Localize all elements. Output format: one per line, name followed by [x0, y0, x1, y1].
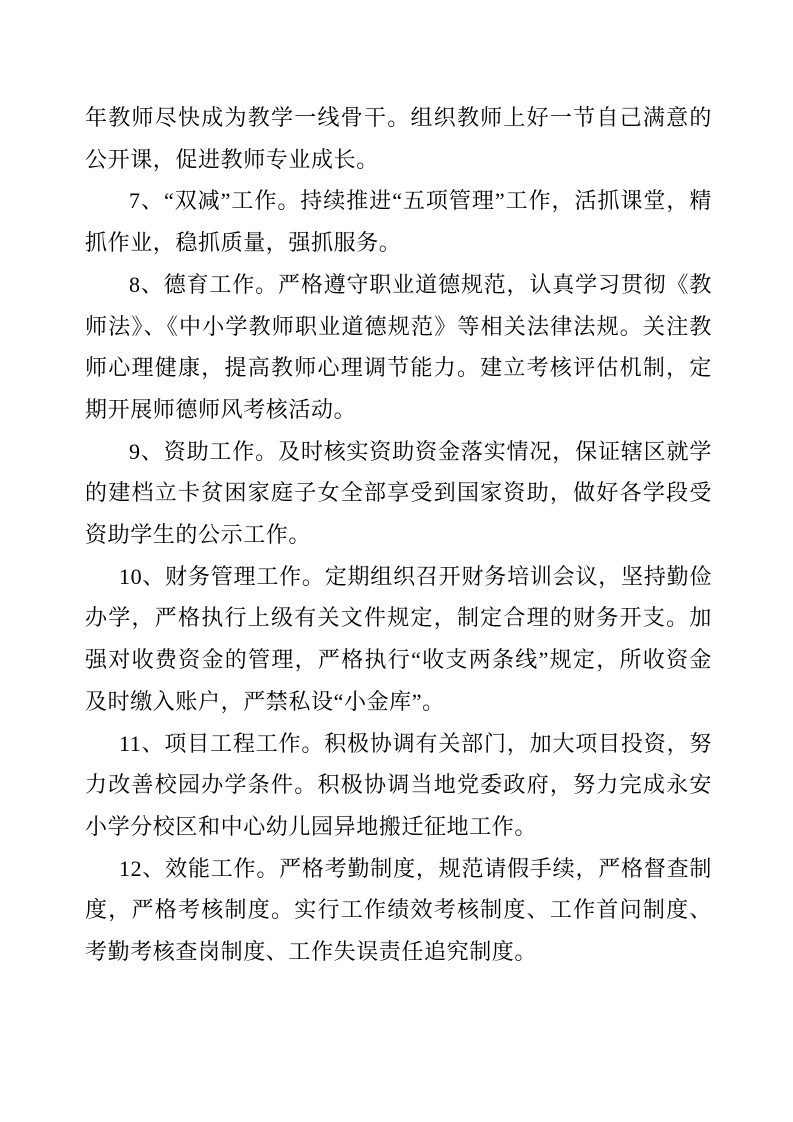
paragraph-item-9: 9、资助工作。及时核实资助资金落实情况，保证辖区就学的建档立卡贫困家庭子女全部享…	[85, 431, 712, 556]
document-page: 年教师尽快成为教学一线骨干。组织教师上好一节自己满意的公开课，促进教师专业成长。…	[0, 0, 793, 1122]
paragraph-item-7: 7、“双减”工作。持续推进“五项管理”工作，活抓课堂，精抓作业，稳抓质量，强抓服…	[85, 180, 712, 263]
paragraph-continuation: 年教师尽快成为教学一线骨干。组织教师上好一节自己满意的公开课，促进教师专业成长。	[85, 97, 712, 180]
document-body: 年教师尽快成为教学一线骨干。组织教师上好一节自己满意的公开课，促进教师专业成长。…	[85, 97, 712, 973]
paragraph-item-12: 12、效能工作。严格考勤制度，规范请假手续，严格督查制度，严格考核制度。实行工作…	[85, 848, 712, 973]
paragraph-item-8: 8、德育工作。严格遵守职业道德规范，认真学习贯彻《教师法》、《中小学教师职业道德…	[85, 264, 712, 431]
paragraph-item-10: 10、财务管理工作。定期组织召开财务培训会议，坚持勤俭办学，严格执行上级有关文件…	[85, 556, 712, 723]
paragraph-item-11: 11、项目工程工作。积极协调有关部门，加大项目投资，努力改善校园办学条件。积极协…	[85, 723, 712, 848]
